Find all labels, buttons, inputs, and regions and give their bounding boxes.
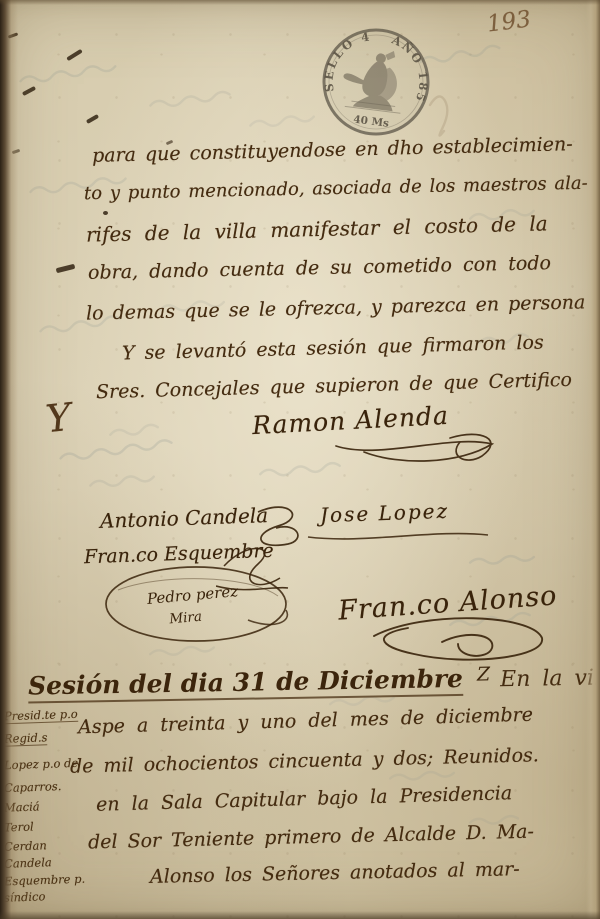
body-line: Sres. Concejales que supieron de que Cer…: [96, 369, 572, 403]
page-edge-right: [586, 0, 600, 919]
body-line: to y punto mencionado, asociada de los m…: [84, 173, 588, 205]
ink-speck: [8, 32, 18, 38]
ink-speck: [22, 86, 36, 96]
svg-text:AÑO 1852: AÑO 1852: [311, 17, 438, 105]
ink-speck: [12, 149, 21, 154]
signature-antonio-candela: Antonio Candela: [100, 503, 269, 533]
manuscript-page: SELLO 4º AÑO 1852 40 Ms 193 para que con…: [0, 0, 600, 919]
ink-speck: [56, 264, 76, 273]
page-edge-top: [0, 0, 600, 5]
stamp-text-value: 40 Ms: [353, 114, 390, 130]
body-line: rifes de la villa manifestar el costo de…: [86, 211, 548, 246]
margin-name: Regid.s: [4, 730, 48, 747]
signature-ramon-alenda: Ramon Alenda: [251, 401, 449, 440]
ink-speck: [66, 49, 83, 61]
signature-jose-lopez: Jose Lopez: [320, 499, 450, 527]
body-line: para que constituyendose en dho establec…: [92, 133, 573, 167]
session-heading-title: Sesión del dia 31 de Diciembre: [28, 664, 463, 704]
margin-name: Caparros.: [4, 779, 62, 795]
stamp-text-sello: SELLO 4º: [312, 17, 376, 98]
session-heading-suffix: En la villa de: [500, 664, 600, 692]
circled-signature-line1: Pedro perez: [145, 582, 239, 608]
session-heading: Sesión del dia 31 de DiciembreZEn la vil…: [28, 660, 600, 700]
stamp-text-ano: AÑO 1852: [311, 17, 438, 105]
body-line: lo demas que se le ofrezca, y parezca en…: [86, 291, 586, 324]
margin-name: Presid.te p.o: [4, 707, 78, 725]
circled-signature-line2: Mira: [168, 609, 203, 628]
margin-name: síndico: [4, 889, 46, 904]
body-line: obra, dando cuenta de su cometido con to…: [88, 252, 551, 284]
body-line: Alonso los Señores anotados al mar-: [150, 858, 520, 888]
revenue-stamp: SELLO 4º AÑO 1852 40 Ms: [311, 17, 440, 146]
body-line: del Sor Teniente primero de Alcalde D. M…: [88, 821, 534, 854]
margin-name: Candela: [4, 855, 52, 871]
body-line: de mil ochocientos cincuenta y dos; Reun…: [70, 744, 539, 777]
signature-francisco-alonso: Fran.co Alonso: [337, 580, 558, 626]
margin-name: Esquembre p.: [4, 872, 86, 889]
margin-name: Maciá: [4, 799, 40, 814]
ink-speck: [86, 114, 99, 124]
signature-underline: [304, 527, 492, 545]
margin-name: Lopez p.o de: [4, 756, 79, 773]
body-line: en la Sala Capitular bajo la Presidencia: [96, 782, 513, 816]
svg-text:SELLO 4º: SELLO 4º: [312, 17, 376, 98]
body-line: Aspe a treinta y uno del mes de diciembr…: [78, 704, 533, 739]
scribal-mark: Z: [477, 663, 491, 685]
folio-number: 193: [486, 6, 533, 37]
signature-circled-pedro-perez-mira: Pedro perez Mira: [98, 560, 298, 652]
pen-mark-y: Y: [44, 395, 74, 441]
ink-speck: [103, 211, 108, 215]
margin-name: Terol: [4, 819, 34, 834]
page-edge-bottom: [0, 911, 600, 919]
body-line: Y se levantó esta sesión que firmaron lo…: [122, 331, 544, 364]
signature-francisco-esquembre: Fran.co Esquembre: [84, 540, 274, 569]
margin-name: Cerdan: [4, 838, 47, 853]
